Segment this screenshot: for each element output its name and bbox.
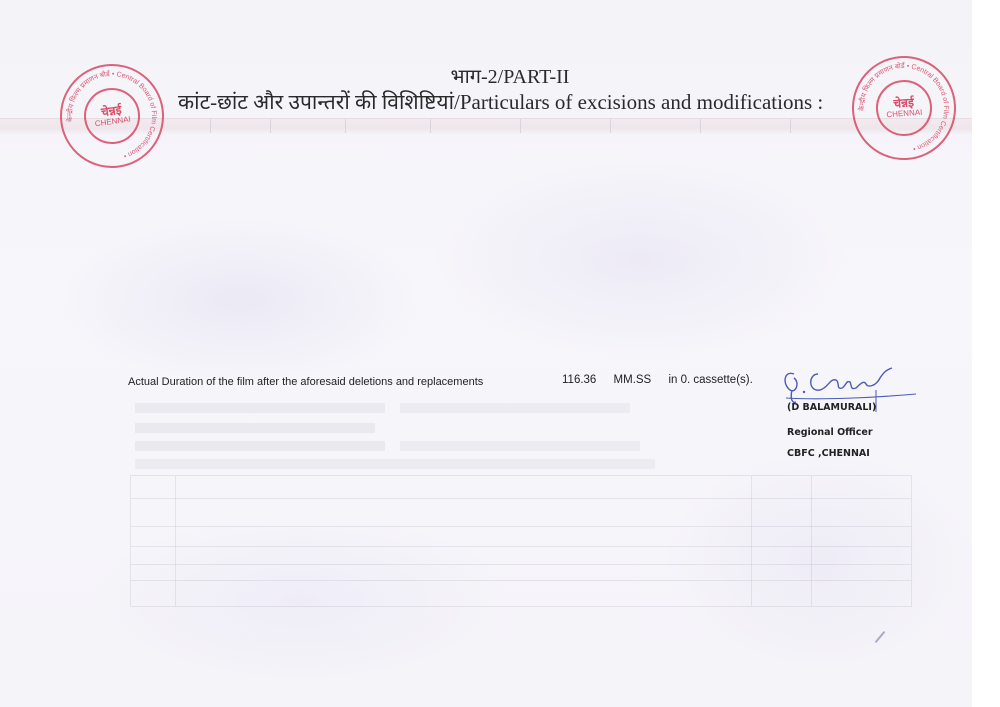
officer-name: (D BALAMURALI) xyxy=(787,402,876,413)
bleed-text-line xyxy=(135,423,375,433)
bleed-text-line xyxy=(400,403,630,413)
bleed-table xyxy=(130,475,912,607)
cbfc-stamp-left: केन्द्रीय फिल्म प्रमाणन बोर्ड • Central … xyxy=(53,57,170,174)
duration-label: Actual Duration of the film after the af… xyxy=(128,376,483,388)
officer-designation: Regional Officer xyxy=(787,427,873,438)
duration-unit: MM.SS xyxy=(614,374,652,386)
stamp-city: CHENNAI xyxy=(94,115,131,130)
stamp-city: CHENNAI xyxy=(886,108,923,120)
cassette-count: in 0. cassette(s). xyxy=(668,374,752,386)
cbfc-stamp-right: केन्द्रीय फिल्म प्रमाणन बोर्ड • Central … xyxy=(848,52,959,163)
bleed-text-line xyxy=(400,441,640,451)
scan-margin xyxy=(972,0,1000,707)
duration-values: 116.36 MM.SS in 0. cassette(s). xyxy=(562,374,767,386)
pen-mark xyxy=(875,631,886,643)
officer-office: CBFC ,CHENNAI xyxy=(787,448,870,459)
bleed-text-line xyxy=(135,441,385,451)
bleed-text-line xyxy=(135,403,385,413)
duration-value: 116.36 xyxy=(562,374,596,386)
bleed-text-line xyxy=(135,459,655,469)
section-heading: कांट-छांट और उपान्तरों की विशिष्टियां/Pa… xyxy=(178,88,823,116)
document-page: भाग-2/PART-II कांट-छांट और उपान्तरों की … xyxy=(0,0,972,707)
